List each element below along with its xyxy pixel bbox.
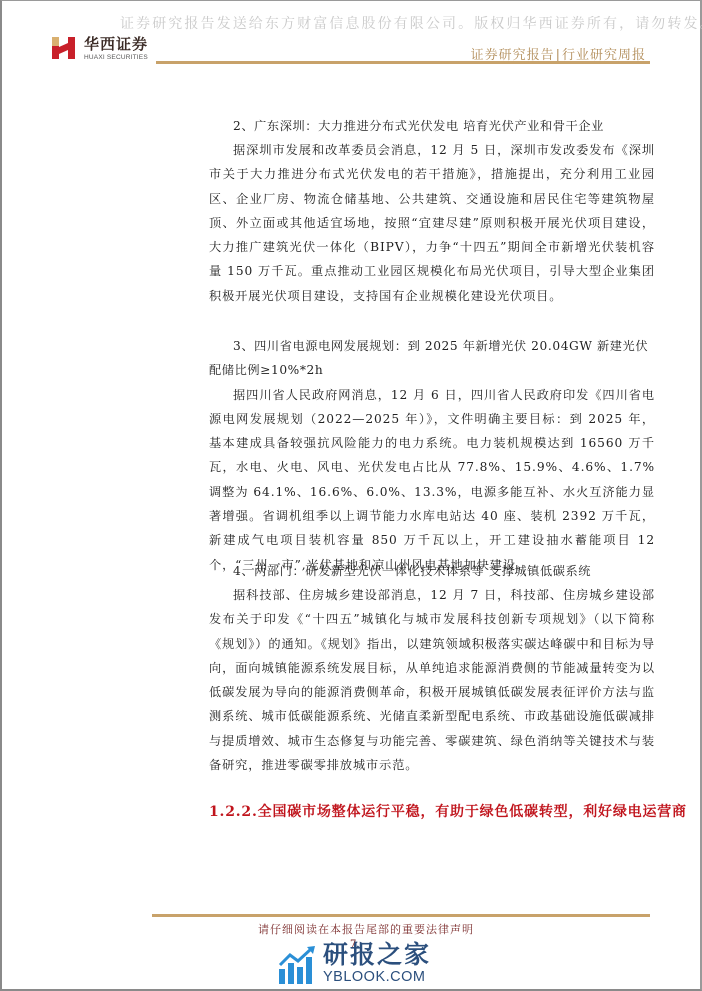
logo-english-name: HUAXI SECURITIES	[84, 54, 148, 61]
logo-chinese-name: 华西证券	[84, 35, 148, 53]
section-sichuan: 3、四川省电源电网发展规划：到 2025 年新增光伏 20.04GW 新建光伏配…	[209, 334, 655, 577]
copyright-watermark: 证券研究报告发送给东方财富信息股份有限公司。版权归华西证券所有，请勿转发。 p	[120, 13, 702, 33]
footer-divider	[152, 914, 650, 917]
header-divider	[156, 61, 650, 64]
huaxi-logo: 华西证券 HUAXI SECURITIES	[50, 35, 148, 61]
section-shenzhen: 2、广东深圳：大力推进分布式光伏发电 培育光伏产业和骨干企业 据深圳市发展和改革…	[209, 117, 655, 308]
section-body: 据深圳市发展和改革委员会消息，12 月 5 日，深圳市发改委发布《深圳市关于大力…	[209, 138, 655, 308]
site-name-chinese: 研报之家	[323, 941, 431, 969]
section-body: 据四川省人民政府网消息，12 月 6 日，四川省人民政府印发《四川省电源电网发展…	[209, 383, 655, 577]
legal-notice: 请仔细阅读在本报告尾部的重要法律声明	[258, 921, 474, 937]
document-page: 证券研究报告发送给东方财富信息股份有限公司。版权归华西证券所有，请勿转发。 p …	[0, 0, 702, 991]
section-body: 据科技部、住房城乡建设部消息，12 月 7 日，科技部、住房城乡建设部发布关于印…	[209, 583, 655, 777]
section-heading: 4、两部门：研发新型光伏一体化技术体系等 支撑城镇低碳系统	[209, 562, 655, 579]
section-two-ministries: 4、两部门：研发新型光伏一体化技术体系等 支撑城镇低碳系统 据科技部、住房城乡建…	[209, 562, 655, 777]
bar-chart-arrow-icon	[277, 945, 317, 985]
page-number: 7	[350, 939, 356, 950]
section-heading: 3、四川省电源电网发展规划：到 2025 年新增光伏 20.04GW 新建光伏配…	[209, 334, 655, 383]
huaxi-logo-icon	[50, 35, 78, 61]
subsection-title: 1.2.2.全国碳市场整体运行平稳，有助于绿色低碳转型，利好绿电运营商	[209, 801, 687, 821]
section-heading: 2、广东深圳：大力推进分布式光伏发电 培育光伏产业和骨干企业	[209, 117, 655, 134]
site-domain: YBLOOK.COM	[323, 969, 431, 985]
